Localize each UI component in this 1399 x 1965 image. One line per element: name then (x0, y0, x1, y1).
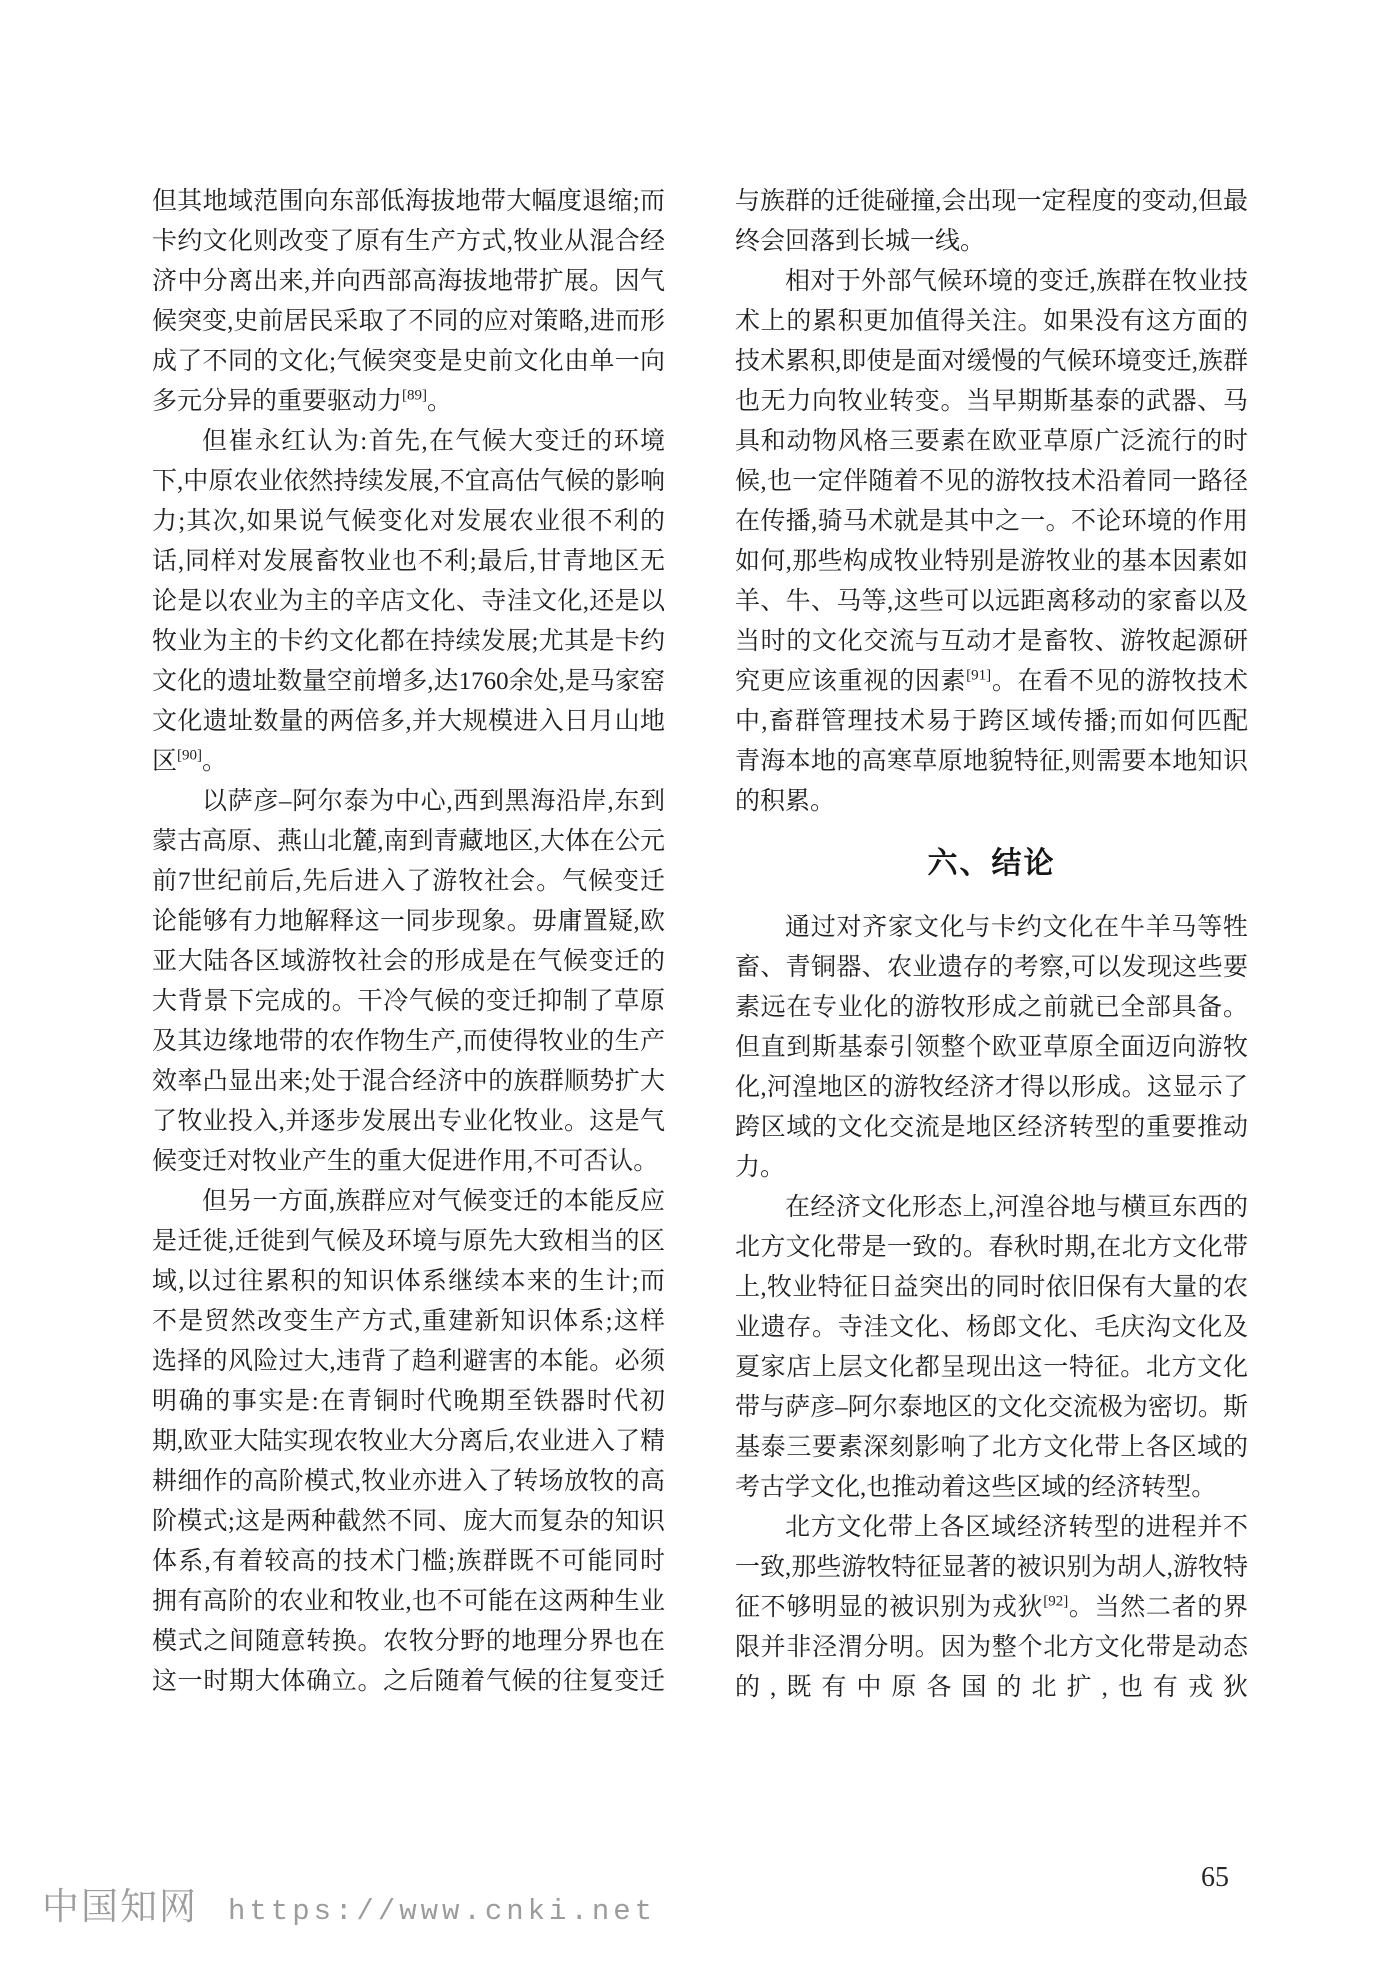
paragraph-text: 但崔永红认为:首先,在气候大变迁的环境下,中原农业依然持续发展,不宜高估气候的影… (152, 428, 665, 775)
left-column: 但其地域范围向东部低海拔地带大幅度退缩;而卡约文化则改变了原有生产方式,牧业从混… (152, 182, 665, 1702)
paragraph: 与族群的迁徙碰撞,会出现一定程度的变动,但最终会回落到长城一线。 (735, 182, 1248, 262)
right-column: 与族群的迁徙碰撞,会出现一定程度的变动,但最终会回落到长城一线。 相对于外部气候… (735, 182, 1248, 1708)
paragraph-text: 与族群的迁徙碰撞,会出现一定程度的变动,但最终会回落到长城一线。 (735, 188, 1248, 255)
cnki-watermark: 中国知网 https://www.cnki.net (42, 1876, 656, 1930)
paragraph-text: 相对于外部气候环境的变迁,族群在牧业技术上的累积更加值得关注。如果没有这方面的技… (735, 268, 1248, 695)
cnki-logo-text: 中国知网 (42, 1876, 198, 1930)
paragraph-text: 通过对齐家文化与卡约文化在牛羊马等牲畜、青铜器、农业遗存的考察,可以发现这些要素… (735, 914, 1248, 1181)
citation-ref: [89] (402, 388, 427, 404)
citation-ref: [92] (1043, 1594, 1068, 1610)
paragraph-text: 。 (427, 388, 452, 415)
document-page: 但其地域范围向东部低海拔地带大幅度退缩;而卡约文化则改变了原有生产方式,牧业从混… (0, 0, 1399, 1965)
paragraph: 通过对齐家文化与卡约文化在牛羊马等牲畜、青铜器、农业遗存的考察,可以发现这些要素… (735, 908, 1248, 1188)
section-heading-conclusion: 六、结论 (735, 844, 1248, 884)
paragraph: 但崔永红认为:首先,在气候大变迁的环境下,中原农业依然持续发展,不宜高估气候的影… (152, 422, 665, 782)
cnki-url: https://www.cnki.net (228, 1895, 656, 1928)
paragraph: 以萨彦–阿尔泰为中心,西到黑海沿岸,东到蒙古高原、燕山北麓,南到青藏地区,大体在… (152, 782, 665, 1182)
citation-ref: [90] (177, 748, 202, 764)
paragraph: 北方文化带上各区域经济转型的进程并不一致,那些游牧特征显著的被识别为胡人,游牧特… (735, 1508, 1248, 1708)
paragraph: 相对于外部气候环境的变迁,族群在牧业技术上的累积更加值得关注。如果没有这方面的技… (735, 262, 1248, 822)
paragraph: 但其地域范围向东部低海拔地带大幅度退缩;而卡约文化则改变了原有生产方式,牧业从混… (152, 182, 665, 422)
citation-ref: [91] (966, 668, 991, 684)
paragraph-text: 以萨彦–阿尔泰为中心,西到黑海沿岸,东到蒙古高原、燕山北麓,南到青藏地区,大体在… (152, 788, 665, 1175)
paragraph-text: 但其地域范围向东部低海拔地带大幅度退缩;而卡约文化则改变了原有生产方式,牧业从混… (152, 188, 665, 415)
paragraph-text: 在经济文化形态上,河湟谷地与横亘东西的北方文化带是一致的。春秋时期,在北方文化带… (735, 1194, 1248, 1501)
paragraph: 但另一方面,族群应对气候变迁的本能反应是迁徙,迁徙到气候及环境与原先大致相当的区… (152, 1182, 665, 1702)
paragraph-text: 但另一方面,族群应对气候变迁的本能反应是迁徙,迁徙到气候及环境与原先大致相当的区… (152, 1188, 665, 1695)
paragraph-text: 。 (202, 748, 227, 775)
page-number: 65 (1201, 1862, 1229, 1894)
paragraph: 在经济文化形态上,河湟谷地与横亘东西的北方文化带是一致的。春秋时期,在北方文化带… (735, 1188, 1248, 1508)
